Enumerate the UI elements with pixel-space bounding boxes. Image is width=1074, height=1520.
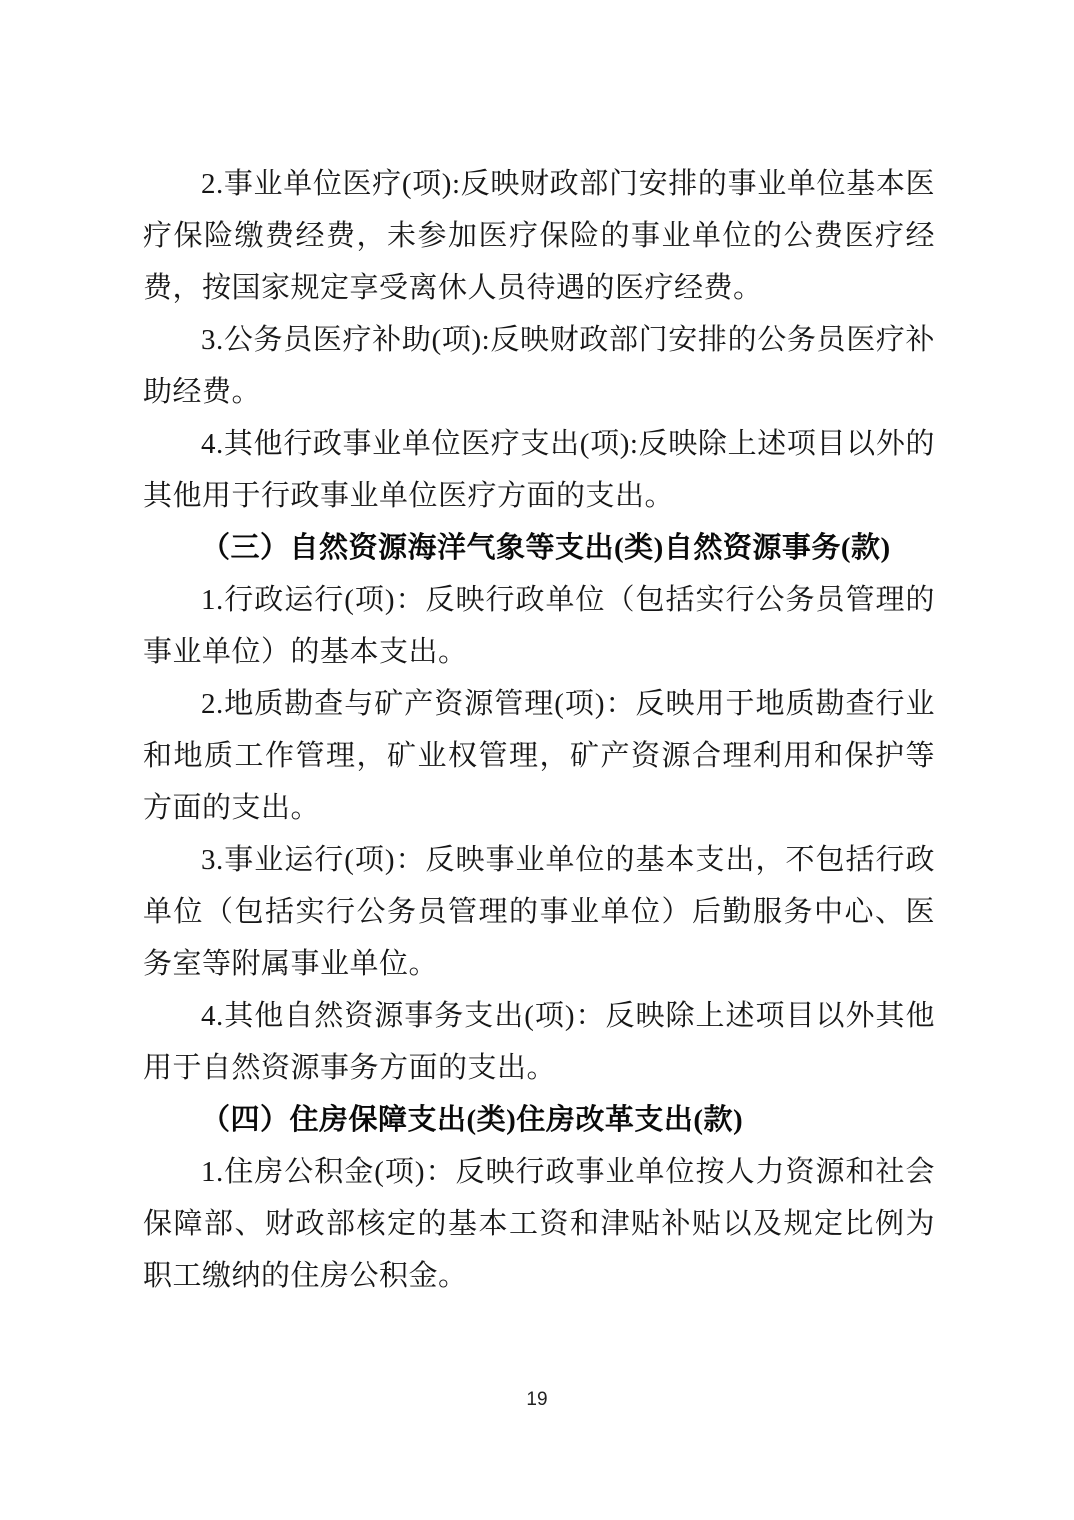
body-paragraph: 2.地质勘查与矿产资源管理(项)：反映用于地质勘查行业和地质工作管理，矿业权管理…	[143, 678, 935, 834]
body-paragraph: 3.事业运行(项)：反映事业单位的基本支出，不包括行政单位（包括实行公务员管理的…	[143, 834, 935, 990]
document-page: 2.事业单位医疗(项):反映财政部门安排的事业单位基本医疗保险缴费经费，未参加医…	[0, 0, 1074, 1520]
page-content: 2.事业单位医疗(项):反映财政部门安排的事业单位基本医疗保险缴费经费，未参加医…	[143, 158, 935, 1302]
body-paragraph: 1.住房公积金(项)：反映行政事业单位按人力资源和社会保障部、财政部核定的基本工…	[143, 1146, 935, 1302]
body-paragraph: 4.其他自然资源事务支出(项)：反映除上述项目以外其他用于自然资源事务方面的支出…	[143, 990, 935, 1094]
section-heading-natural-resources: （三）自然资源海洋气象等支出(类)自然资源事务(款)	[143, 522, 935, 574]
body-paragraph: 2.事业单位医疗(项):反映财政部门安排的事业单位基本医疗保险缴费经费，未参加医…	[143, 158, 935, 314]
body-paragraph: 3.公务员医疗补助(项):反映财政部门安排的公务员医疗补助经费。	[143, 314, 935, 418]
section-heading-housing: （四）住房保障支出(类)住房改革支出(款)	[143, 1094, 935, 1146]
page-number-label: 19	[0, 1388, 1074, 1412]
body-paragraph: 4.其他行政事业单位医疗支出(项):反映除上述项目以外的其他用于行政事业单位医疗…	[143, 418, 935, 522]
body-paragraph: 1.行政运行(项)：反映行政单位（包括实行公务员管理的事业单位）的基本支出。	[143, 574, 935, 678]
